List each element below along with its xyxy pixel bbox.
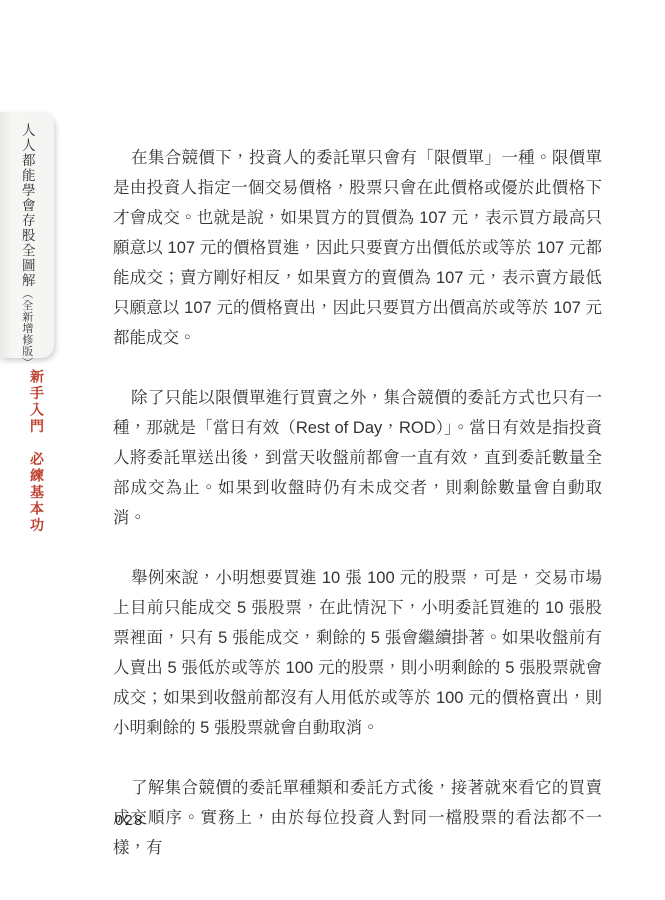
paragraph-matching-order: 了解集合競價的委託單種類和委託方式後，接著就來看它的買賣成交順序。實務上，由於每… xyxy=(113,773,602,863)
body-text: 在集合競價下，投資人的委託單只會有「限價單」一種。限價單是由投資人指定一個交易價… xyxy=(113,143,602,893)
edition-label: （全新增修版） xyxy=(21,288,33,369)
paragraph-example: 舉例來說，小明想要買進 10 張 100 元的股票，可是，交易市場上目前只能成交… xyxy=(113,563,602,743)
chapter-tab: 人人都能學會存股全圖解（全新增修版） xyxy=(0,112,54,358)
paragraph-rod: 除了只能以限價單進行買賣之外，集合競價的委託方式也只有一種，那就是「當日有效（R… xyxy=(113,383,602,533)
section-label: 新手入門 必練基本功 xyxy=(30,369,44,534)
book-page: 人人都能學會存股全圖解（全新增修版） 新手入門 必練基本功 在集合競價下，投資人… xyxy=(0,0,665,900)
book-title-vertical: 人人都能學會存股全圖解（全新增修版） xyxy=(20,123,34,369)
book-title: 人人都能學會存股全圖解 xyxy=(20,123,35,288)
page-number: 028 xyxy=(115,813,144,829)
paragraph-limit-order: 在集合競價下，投資人的委託單只會有「限價單」一種。限價單是由投資人指定一個交易價… xyxy=(113,143,602,353)
